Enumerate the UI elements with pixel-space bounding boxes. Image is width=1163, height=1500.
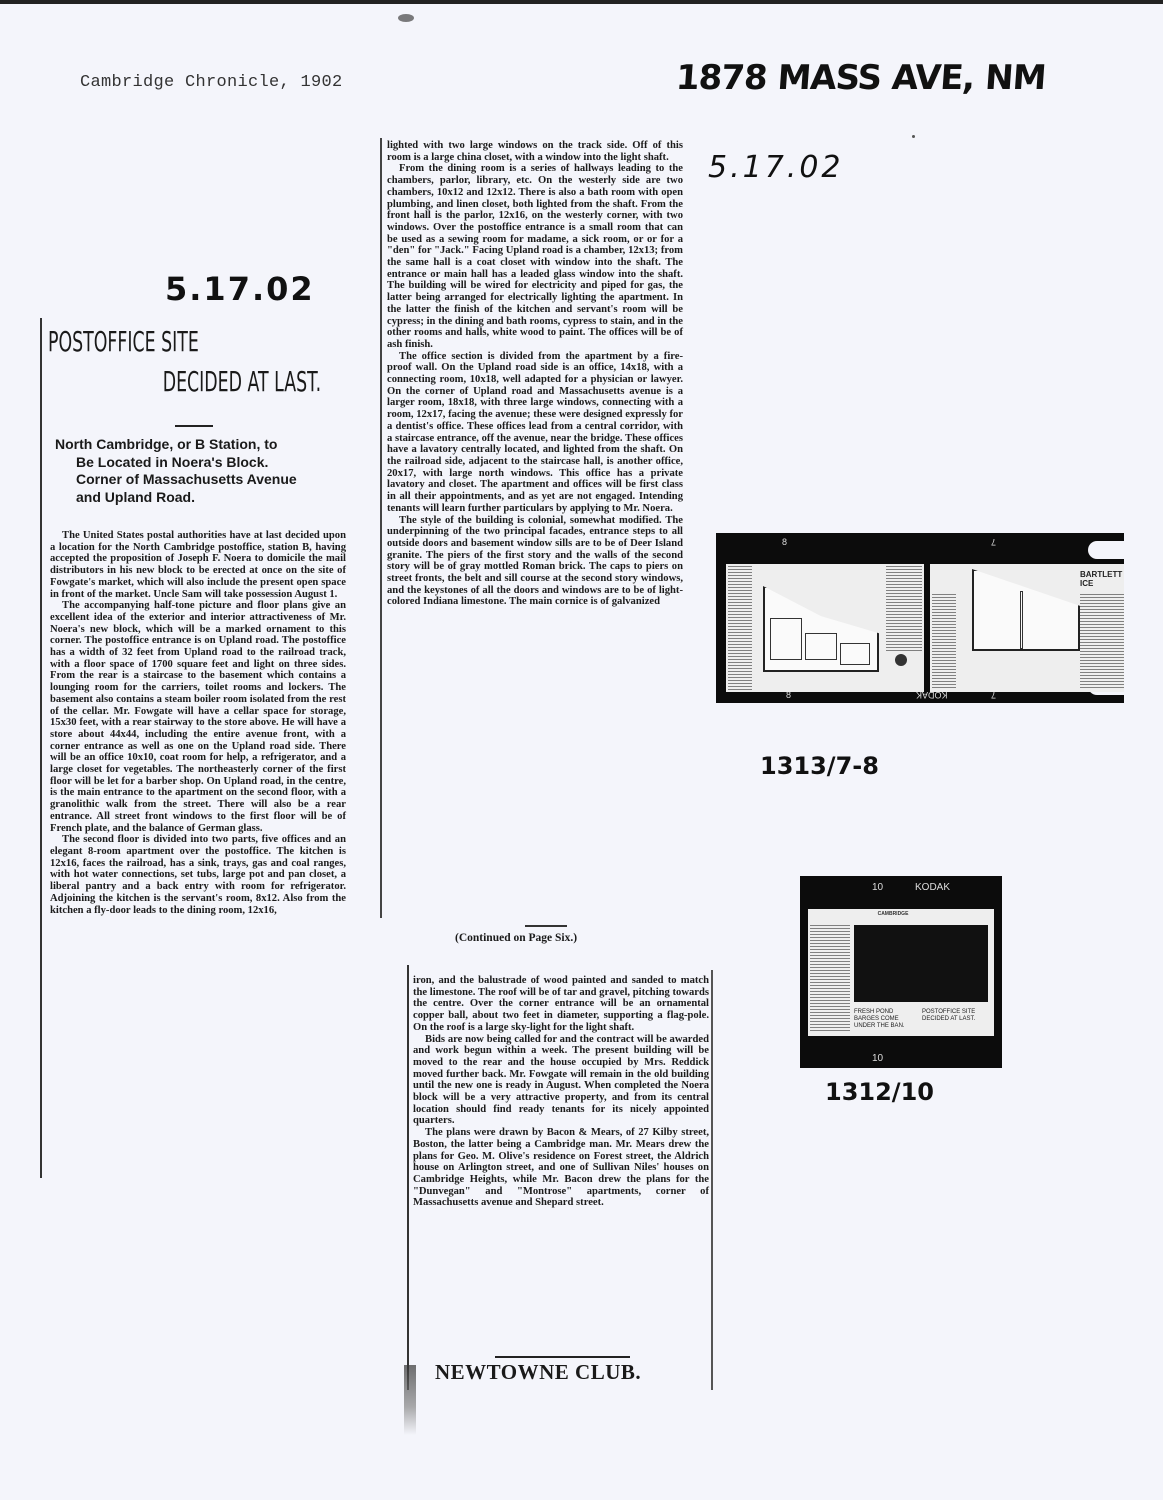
scan-speck <box>912 135 915 138</box>
ink-smudge <box>404 1365 416 1435</box>
clipping-edge-rule <box>407 965 409 1390</box>
subhead-line: and Upland Road. <box>55 489 347 507</box>
film-strip-1313: 8 7 8 KODAK 7 BARTLETTICE <box>716 533 1124 703</box>
article-column-2: lighted with two large windows on the tr… <box>387 140 683 608</box>
room <box>805 633 837 660</box>
film-frame-7: BARTLETTICE <box>930 564 1124 692</box>
room <box>840 643 870 665</box>
paragraph: The accompanying half-tone picture and f… <box>50 600 346 834</box>
frame-number: 10 <box>872 882 883 893</box>
frame-number: 7 <box>991 537 996 547</box>
ornament <box>895 654 907 666</box>
floor-plan <box>972 569 1080 651</box>
scan-top-edge <box>0 0 1163 4</box>
headline-divider <box>175 425 213 427</box>
article-column-3: iron, and the balustrade of wood painted… <box>413 975 709 1209</box>
scan-speck <box>398 14 414 22</box>
paragraph: lighted with two large windows on the tr… <box>387 140 683 163</box>
halftone-photo <box>854 925 988 1002</box>
article-subhead: North Cambridge, or B Station, to Be Loc… <box>55 436 347 506</box>
clipping-edge-rule <box>40 318 42 1178</box>
continued-divider <box>525 925 567 927</box>
film-frame-10: CAMBRIDGE FRESH POND BARGES COME UNDER T… <box>808 909 994 1036</box>
paragraph: The office section is divided from the a… <box>387 351 683 515</box>
clipping-edge-rule <box>711 970 713 1390</box>
handwritten-date-right: 5.17.02 <box>708 150 844 185</box>
paragraph: Bids are now being called for and the co… <box>413 1034 709 1128</box>
section-divider <box>495 1356 630 1358</box>
text-block <box>932 594 956 690</box>
frame-headline: BARTLETTICE <box>1080 570 1124 590</box>
wall <box>1020 591 1023 649</box>
text-block <box>728 566 752 690</box>
paragraph: The second floor is divided into two par… <box>50 834 346 916</box>
handwritten-address: 1878 MASS AVE, NM <box>675 58 1047 98</box>
continued-note: (Continued on Page Six.) <box>455 932 577 944</box>
next-article-heading: NEWTOWNE CLUB. <box>435 1360 641 1385</box>
film-notch <box>1088 541 1124 559</box>
paragraph: The style of the building is colonial, s… <box>387 515 683 609</box>
handwritten-date-left: 5.17.02 <box>165 270 315 308</box>
frame-headline: POSTOFFICE SITE DECIDED AT LAST. <box>922 1009 988 1023</box>
subhead-line: North Cambridge, or B Station, to <box>55 436 347 454</box>
paragraph: The United States postal authorities hav… <box>50 530 346 600</box>
room <box>770 618 802 660</box>
frame-headline: FRESH POND BARGES COME UNDER THE BAN. <box>854 1009 918 1030</box>
paragraph: iron, and the balustrade of wood painted… <box>413 975 709 1034</box>
headline-line-1: POSTOFFICE SITE <box>48 325 199 358</box>
floor-plan <box>763 586 879 672</box>
clipping-edge-rule <box>380 138 382 918</box>
film-label-1313: 1313/7-8 <box>760 752 879 780</box>
paragraph: The plans were drawn by Bacon & Mears, o… <box>413 1127 709 1209</box>
paragraph: From the dining room is a series of hall… <box>387 163 683 350</box>
frame-number: 10 <box>872 1053 883 1064</box>
film-edge-text: KODAK <box>915 882 950 893</box>
subhead-line: Corner of Massachusetts Avenue <box>55 471 347 489</box>
film-strip-1312: 10 KODAK 10 CAMBRIDGE FRESH POND BARGES … <box>800 876 1002 1068</box>
film-frame-8 <box>726 564 924 692</box>
text-block <box>810 925 850 1033</box>
frame-masthead: CAMBRIDGE <box>863 911 923 917</box>
subhead-line: Be Located in Noera's Block. <box>55 454 347 472</box>
article-column-1: The United States postal authorities hav… <box>50 530 346 916</box>
film-label-1312: 1312/10 <box>825 1078 934 1106</box>
text-block <box>886 566 922 651</box>
headline-line-2: DECIDED AT LAST. <box>48 362 234 402</box>
source-citation: Cambridge Chronicle, 1902 <box>80 73 343 92</box>
article-headline: POSTOFFICE SITE DECIDED AT LAST. <box>48 322 234 402</box>
frame-number: 8 <box>782 537 787 547</box>
text-block <box>1080 594 1124 690</box>
